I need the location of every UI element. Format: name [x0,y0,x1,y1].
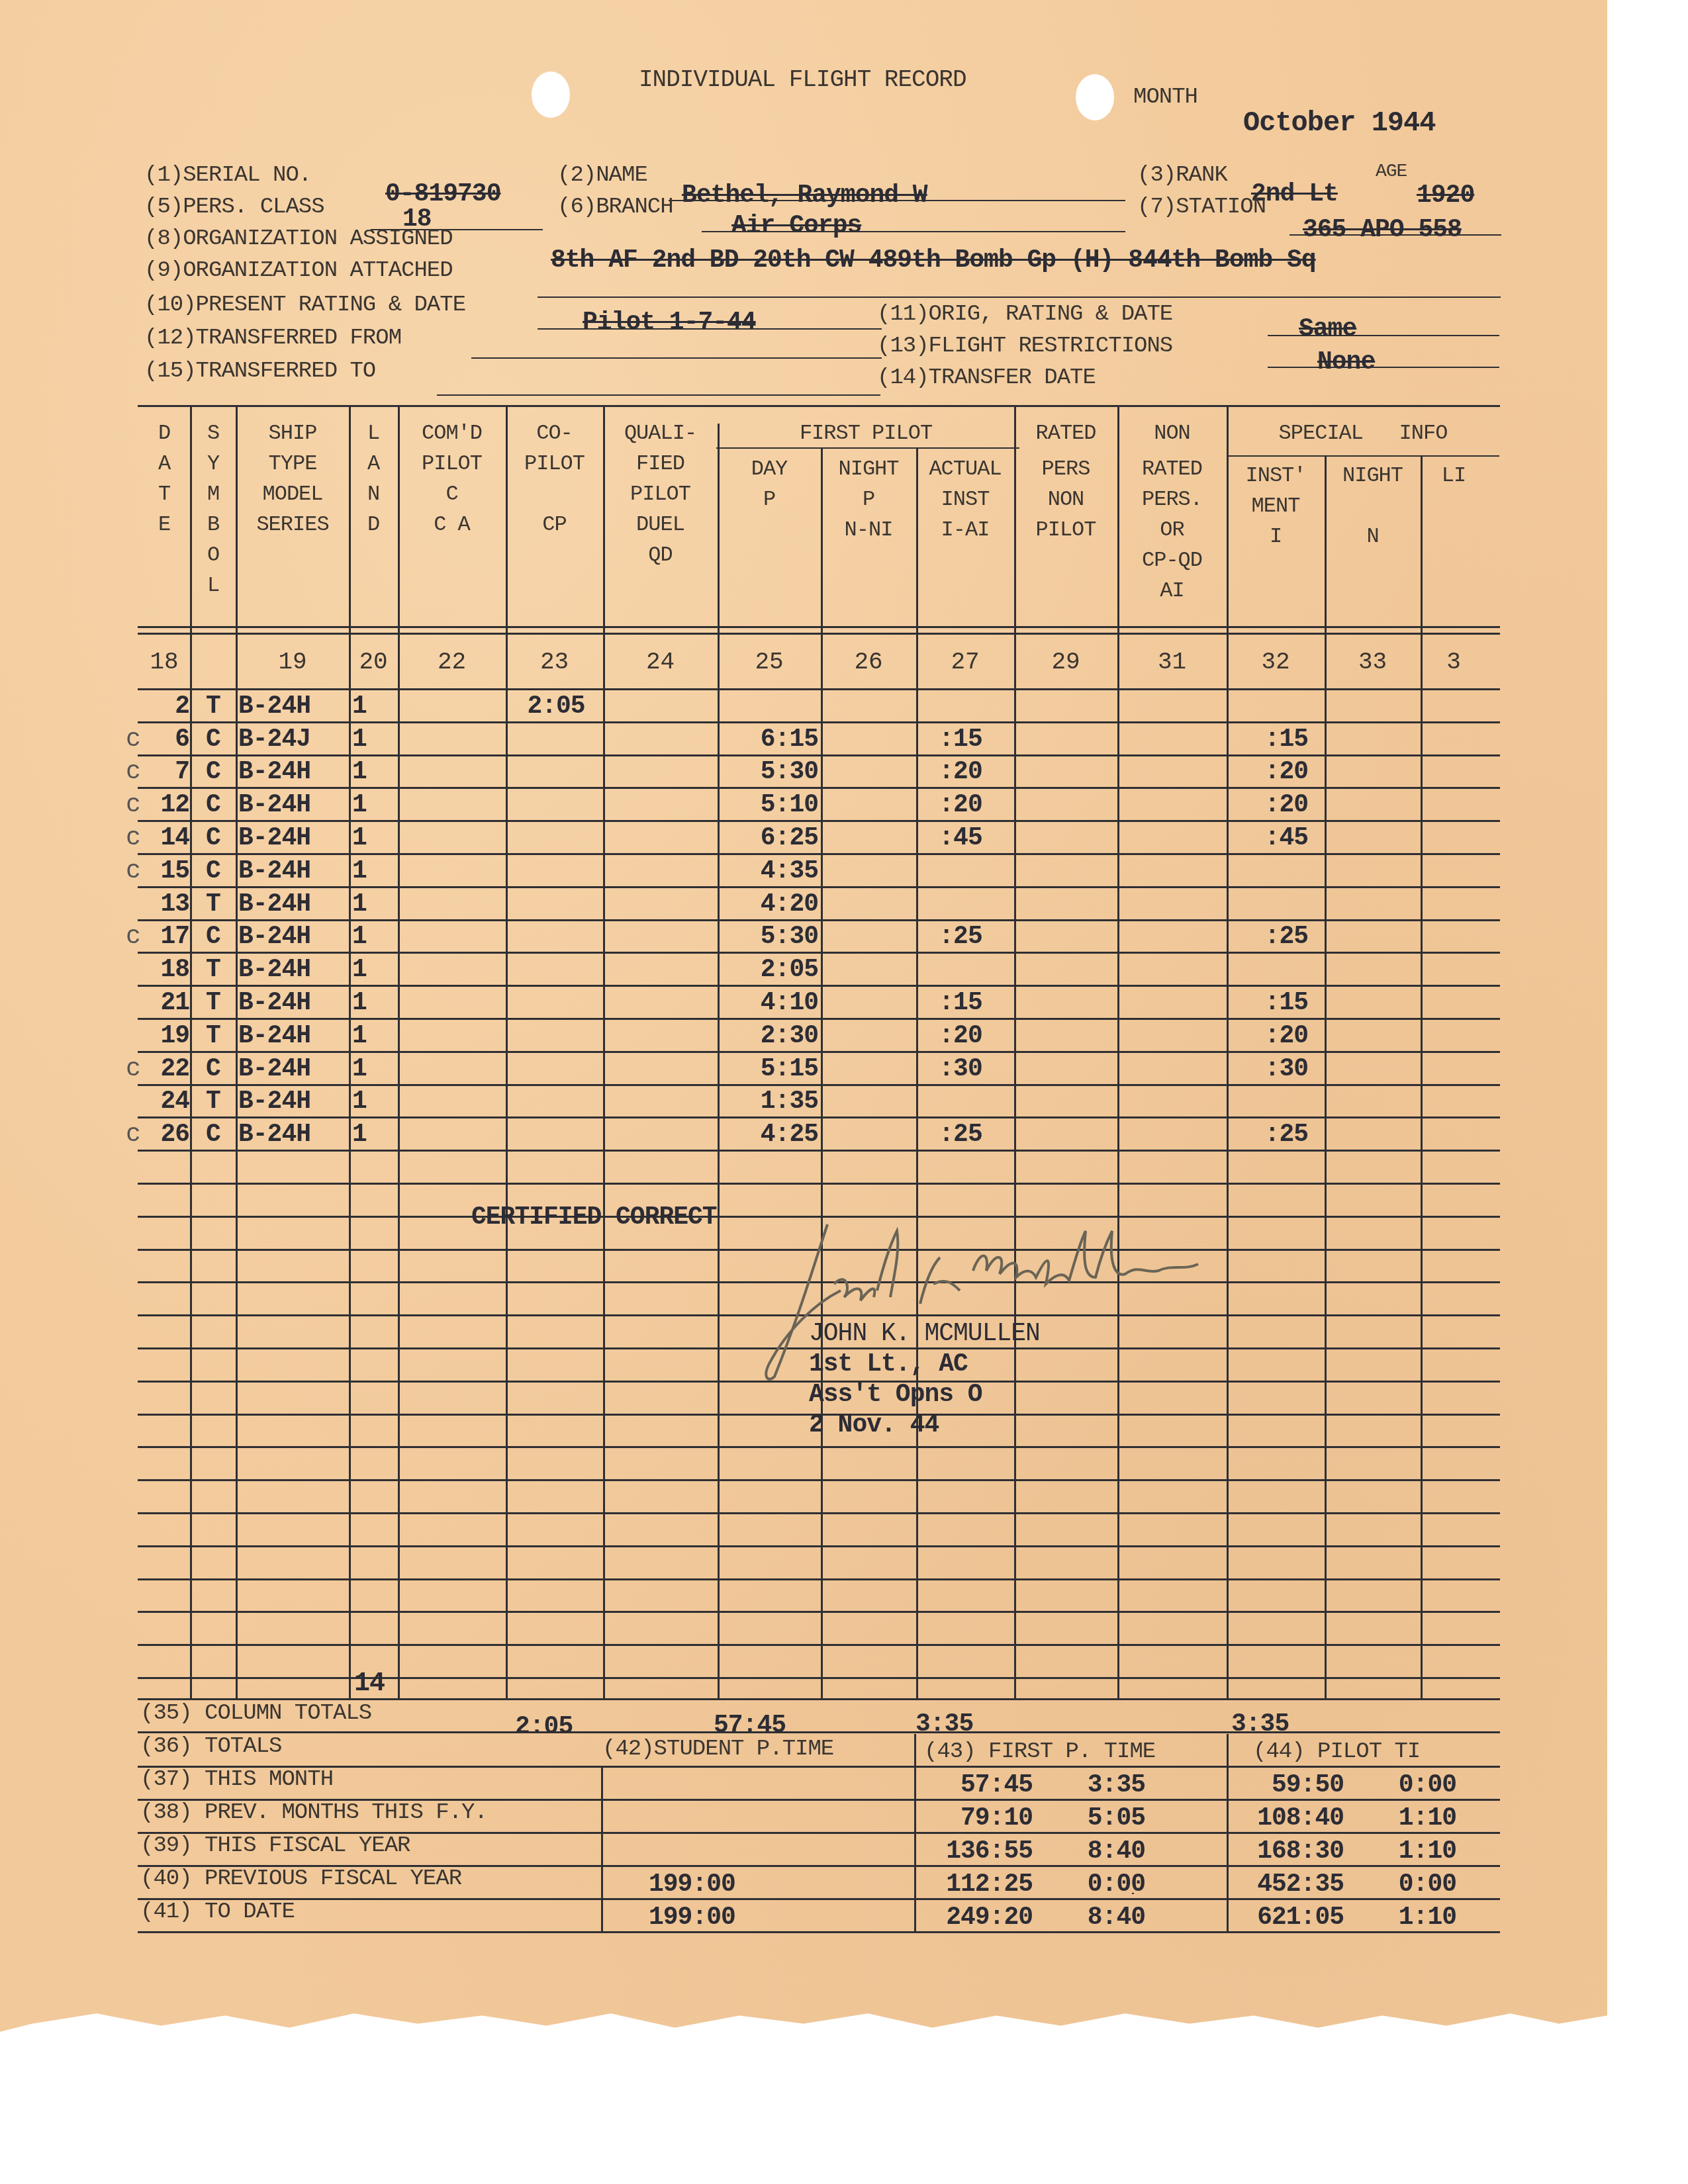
totals-pilot-i: 1:10 [1357,1837,1456,1866]
row-rule [138,787,1500,789]
header-instrument: INST' MENT I [1227,461,1325,552]
header-symbol: S Y M B O L [191,418,236,601]
cell-date: 12 [140,791,189,819]
header-night: NIGHT P N-NI [821,454,916,545]
station-label: (7)STATION [1137,195,1266,220]
header-comd-pilot: COM'D PILOT C C A [398,418,506,540]
totals-pilot-i: 0:00 [1357,1870,1456,1899]
row-rule [138,1578,1500,1580]
cell-symbol: C [193,758,233,786]
colnum: 31 [1117,649,1227,676]
cell-ship: B-24H [238,1120,348,1149]
cell-day: 5:10 [719,791,818,819]
totals-pilot-i: 0:00 [1357,1771,1456,1799]
cell-date: 26 [140,1120,189,1149]
cell-instrument: :25 [1229,923,1308,951]
totals-pilot-i: 1:10 [1357,1903,1456,1932]
cell-actual-inst: :15 [917,989,1004,1017]
totals-pilot: 59:50 [1231,1771,1344,1799]
row-rule [138,820,1500,822]
branch-value: Air Corps [731,212,861,240]
org-attached-label: (9)ORGANIZATION ATTACHED [144,258,453,283]
cell-date: 2 [140,692,189,721]
field-rule [538,296,1501,298]
name-label: (2)NAME [557,163,647,188]
cell-symbol: T [193,692,233,721]
present-rating-label: (10)PRESENT RATING & DATE [144,293,465,318]
cell-land: 1 [352,758,392,786]
cell-ship: B-24H [238,1055,348,1083]
totals-label: (36) TOTALS [140,1734,281,1759]
transferred-from-label: (12)TRANSFERRED FROM [144,326,401,351]
totals-first-i: 8:40 [1046,1903,1145,1932]
certifier-title: Ass't Opns O [809,1381,982,1409]
colnum: 29 [1014,649,1117,676]
totals-label: (41) TO DATE [140,1899,295,1925]
header-first-pilot-group: FIRST PILOT [718,418,1014,449]
cell-symbol: T [193,956,233,984]
colnum: 33 [1325,649,1421,676]
row-rule [138,1677,1500,1679]
punch-hole [1076,74,1114,120]
cell-symbol: C [193,857,233,886]
row-rule [138,919,1500,921]
totals-first-p: 112:25 [920,1870,1033,1899]
cell-land: 1 [352,791,392,819]
cell-instrument: :15 [1229,989,1308,1017]
totals-first-p: 79:10 [920,1804,1033,1833]
totals-rule [138,1731,1500,1733]
row-rule [138,1479,1500,1481]
cell-instrument: :20 [1229,758,1308,786]
pilot-time-header: (44) PILOT TI [1253,1739,1420,1764]
totals-col-line [601,1766,603,1931]
cell-symbol: C [193,725,233,754]
cell-day: 2:30 [719,1022,818,1050]
cell-ship: B-24H [238,1022,348,1050]
cell-actual-inst: :20 [917,1022,1004,1050]
row-rule [138,1150,1500,1152]
check-mark: c [126,857,140,886]
header-special-night: NIGHT N [1325,461,1421,552]
cell-ship: B-24H [238,890,348,919]
pers-class-label: (5)PERS. CLASS [144,195,324,220]
row-rule [138,1051,1500,1053]
cell-ship: B-24H [238,758,348,786]
cell-ship: B-24H [238,1087,348,1116]
header-special-info-group: SPECIAL INFO [1227,418,1499,449]
header-land: L A N D [349,418,398,540]
colnum: 32 [1227,649,1325,676]
row-rule [138,1018,1500,1020]
cell-symbol: C [193,1055,233,1083]
field-rule [538,328,882,330]
cell-date: 14 [140,824,189,852]
cell-day: 5:30 [719,758,818,786]
row-rule [138,1084,1500,1086]
row-rule [138,1512,1500,1514]
totals-first-i: 3:35 [1046,1771,1145,1799]
cell-instrument: :15 [1229,725,1308,754]
colnum: 3 [1421,649,1487,676]
totals-first-p: 57:45 [920,1771,1033,1799]
cell-land: 1 [352,956,392,984]
cell-actual-inst: :25 [917,1120,1004,1149]
present-rating-value: Pilot 1-7-44 [583,308,756,337]
field-rule [437,394,880,396]
row-rule [138,1183,1500,1185]
branch-label: (6)BRANCH [557,195,673,220]
check-mark: c [126,725,140,754]
cell-ship: B-24H [238,791,348,819]
flight-restrictions-value: None [1317,348,1375,377]
cell-date: 7 [140,758,189,786]
certifier-name: JOHN K. MCMULLEN [809,1320,1040,1348]
cell-ship: B-24H [238,692,348,721]
cell-date: 21 [140,989,189,1017]
orig-rating-label: (11)ORIG, RATING & DATE [877,302,1172,327]
row-rule [138,721,1500,723]
totals-student: 199:00 [649,1870,735,1899]
header-link: LI [1421,461,1487,491]
cell-land: 1 [352,989,392,1017]
totals-pilot-i: 1:10 [1357,1804,1456,1833]
field-rule [669,200,1125,201]
cell-symbol: C [193,824,233,852]
column-total-instrument: 3:35 [1231,1710,1289,1739]
cell-instrument: :45 [1229,824,1308,852]
header-date: D A T E [138,418,191,540]
cell-symbol: C [193,923,233,951]
cell-date: 22 [140,1055,189,1083]
field-rule [1268,335,1499,336]
cell-date: 17 [140,923,189,951]
first-pilot-time-header: (43) FIRST P. TIME [924,1739,1155,1764]
header-non-rated: RATED PERS. OR CP-QD AI [1117,454,1227,606]
org-assigned-label: (8)ORGANIZATION ASSIGNED [144,226,453,251]
header-rated-pers: PERS NON PILOT [1014,454,1117,545]
cell-actual-inst: :15 [917,725,1004,754]
certifier-date: 2 Nov. 44 [809,1411,939,1439]
column-total-actual-inst: 3:35 [915,1710,973,1739]
totals-first-i: 8:40 [1046,1837,1145,1866]
cell-actual-inst: :20 [917,791,1004,819]
cell-land: 1 [352,692,392,721]
check-mark: c [126,824,140,852]
header-qualified-pilot: QUALI- FIED PILOT DUEL QD [603,418,718,570]
month-label: MONTH [1133,85,1197,110]
field-rule [702,231,1125,232]
field-rule [1268,367,1499,368]
colnum: 24 [603,649,718,676]
header-bottom-rule-2 [138,633,1500,635]
colnum: 23 [506,649,603,676]
cell-day: 2:05 [719,956,818,984]
cell-symbol: C [193,791,233,819]
col-line [821,447,823,1698]
cell-instrument: :30 [1229,1055,1308,1083]
totals-top-rule [138,1698,1500,1700]
rank-label: (3)RANK [1137,163,1227,188]
row-rule [138,1446,1500,1448]
row-rule [138,952,1500,954]
colnum: 22 [398,649,506,676]
cell-date: 19 [140,1022,189,1050]
orig-rating-value: Same [1299,315,1356,343]
cell-day: 1:35 [719,1087,818,1116]
cell-instrument: :20 [1229,791,1308,819]
totals-pilot: 452:35 [1231,1870,1344,1899]
document-title: INDIVIDUAL FLIGHT RECORD [639,66,966,93]
cell-actual-inst: :25 [917,923,1004,951]
cell-day: 4:25 [719,1120,818,1149]
cell-land: 1 [352,890,392,919]
check-mark: c [126,1120,140,1149]
student-pilot-time-header: (42)STUDENT P.TIME [602,1737,833,1762]
month-value: October 1944 [1243,107,1435,139]
cell-day: 5:30 [719,923,818,951]
cell-date: 18 [140,956,189,984]
colnum: 19 [236,649,350,676]
totals-label: (37) THIS MONTH [140,1767,333,1792]
station-value: 365 APO 558 [1303,216,1462,244]
cell-land: 1 [352,857,392,886]
totals-pilot: 168:30 [1231,1837,1344,1866]
header-day: DAY P [718,454,821,515]
check-mark: c [126,1055,140,1083]
cell-land: 1 [352,1120,392,1149]
header-rated-group: RATED [1014,418,1117,449]
serial-no-label: (1)SERIAL NO. [144,163,311,188]
totals-first-p: 136:55 [920,1837,1033,1866]
row-rule [138,1644,1500,1646]
cell-date: 13 [140,890,189,919]
field-rule [1289,234,1501,236]
age-label: AGE [1376,161,1407,182]
cell-symbol: T [193,1022,233,1050]
field-rule [471,357,882,359]
cell-land: 1 [352,923,392,951]
land-total: 14 [354,1669,385,1699]
cell-actual-inst: :30 [917,1055,1004,1083]
row-rule [138,1545,1500,1547]
cell-actual-inst: :20 [917,758,1004,786]
totals-label: (39) THIS FISCAL YEAR [140,1833,410,1858]
cell-ship: B-24H [238,923,348,951]
transfer-date-label: (14)TRANSFER DATE [877,365,1096,390]
cell-date: 24 [140,1087,189,1116]
colnum: 25 [718,649,821,676]
header-copilot: CO- PILOT CP [506,418,603,540]
cell-day: 4:20 [719,890,818,919]
check-mark: c [126,923,140,951]
totals-rule [138,1766,1500,1768]
totals-pilot: 621:05 [1231,1903,1344,1932]
cell-ship: B-24H [238,824,348,852]
check-mark: c [126,758,140,786]
special-info-rule [1227,455,1499,457]
cell-day: 5:15 [719,1055,818,1083]
cell-ship: B-24H [238,956,348,984]
header-non-group: NON [1117,418,1227,449]
cell-ship: B-24H [238,857,348,886]
header-ship-type: SHIP TYPE MODEL SERIES [236,418,350,540]
flight-restrictions-label: (13)FLIGHT RESTRICTIONS [877,334,1172,359]
cell-land: 1 [352,824,392,852]
colnum: 27 [916,649,1014,676]
cell-day: 4:35 [719,857,818,886]
header-bottom-rule [138,626,1500,628]
transferred-to-label: (15)TRANSFERRED TO [144,359,375,384]
name-value: Bethel, Raymond W [682,181,927,210]
totals-label: (38) PREV. MONTHS THIS F.Y. [140,1800,487,1825]
colnum: 20 [349,649,398,676]
colnum: 18 [138,649,191,676]
totals-first-i: 0:00 [1046,1870,1145,1899]
column-total-day: 57:45 [714,1711,786,1740]
cell-symbol: C [193,1120,233,1149]
column-total-copilot: 2:05 [515,1713,573,1741]
cell-symbol: T [193,890,233,919]
certified-correct: CERTIFIED CORRECT [471,1203,717,1232]
cell-land: 1 [352,1022,392,1050]
totals-first-i: 5:05 [1046,1804,1145,1833]
row-rule [138,1611,1500,1613]
age-value: 1920 [1417,181,1474,210]
cell-land: 1 [352,1055,392,1083]
check-mark: c [126,791,140,819]
totals-pilot: 108:40 [1231,1804,1344,1833]
cell-land: 1 [352,725,392,754]
column-totals-label: (35) COLUMN TOTALS [140,1701,371,1726]
row-rule [138,853,1500,855]
cell-date: 15 [140,857,189,886]
row-rule [138,886,1500,888]
cell-actual-inst: :45 [917,824,1004,852]
cell-day: 4:10 [719,989,818,1017]
table-top-rule [138,405,1500,407]
certifier-rank: 1st Lt., AC [809,1350,968,1379]
totals-student: 199:00 [649,1903,735,1932]
totals-label: (40) PREVIOUS FISCAL YEAR [140,1866,461,1891]
row-rule [138,1116,1500,1118]
cell-ship: B-24J [238,725,348,754]
row-rule [138,985,1500,987]
punch-hole [532,71,570,118]
header-actual-inst: ACTUAL INST I-AI [916,454,1014,545]
totals-first-p: 249:20 [920,1903,1033,1932]
colnum-bottom-rule [138,688,1500,690]
cell-symbol: T [193,989,233,1017]
cell-copilot: 2:05 [510,692,602,721]
cell-day: 6:15 [719,725,818,754]
cell-date: 6 [140,725,189,754]
serial-no-value: 0-819730 [385,180,500,208]
cell-land: 1 [352,1087,392,1116]
flight-record-sheet: INDIVIDUAL FLIGHT RECORD MONTH October 1… [0,0,1607,2032]
cell-ship: B-24H [238,989,348,1017]
cell-instrument: :20 [1229,1022,1308,1050]
cell-day: 6:25 [719,824,818,852]
cell-instrument: :25 [1229,1120,1308,1149]
cell-symbol: T [193,1087,233,1116]
org-assigned-value: 8th AF 2nd BD 20th CW 489th Bomb Gp (H) … [551,246,1316,275]
colnum: 26 [821,649,916,676]
row-rule [138,754,1500,756]
